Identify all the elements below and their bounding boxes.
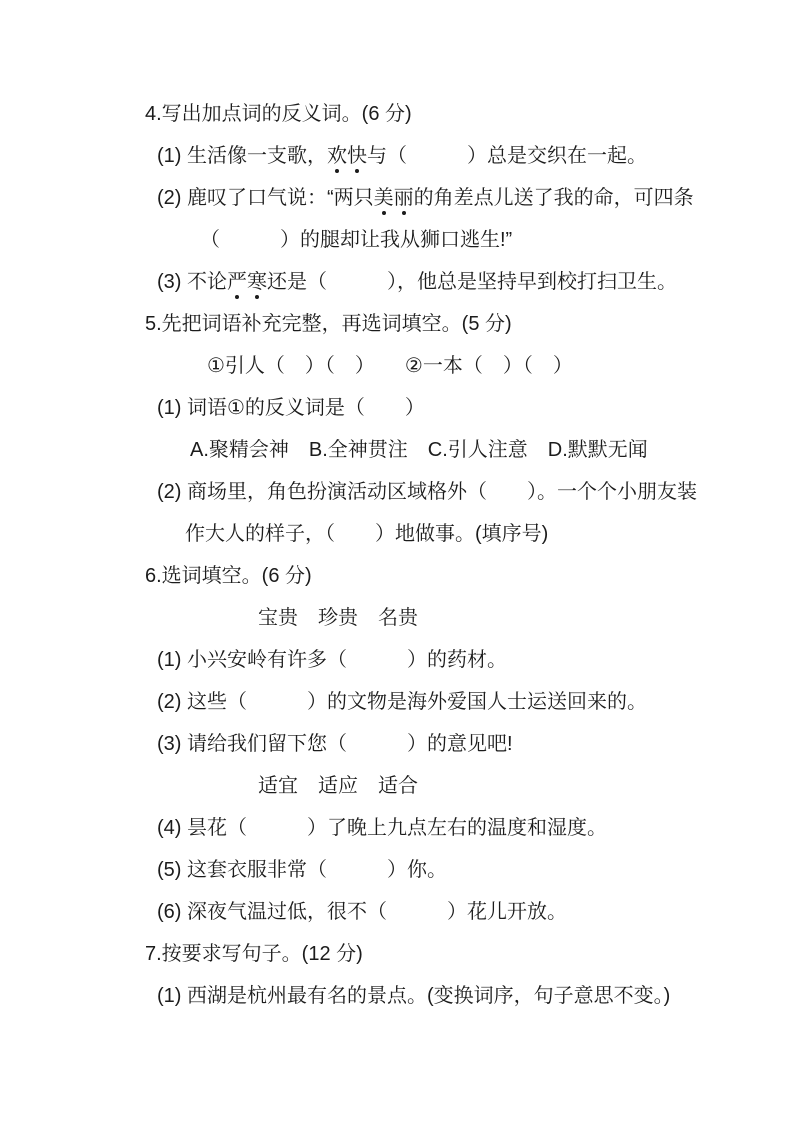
q4-item-2-line-2: （ ）的腿却让我从狮口逃生!” [200, 219, 793, 261]
text-segment: (4) 昙花（ ）了晚上九点左右的温度和湿度。 [157, 817, 607, 839]
question-6-heading: 6.选词填空。(6 分) [145, 555, 793, 597]
text-segment: (1) 小兴安岭有许多（ ）的药材。 [157, 649, 507, 671]
q6-word-bank-1: 宝贵 珍贵 名贵 [258, 597, 793, 639]
text-segment: (1) 西湖是杭州最有名的景点。(变换词序，句子意思不变。) [157, 985, 670, 1007]
text-segment: (2) 这些（ ）的文物是海外爱国人士运送回来的。 [157, 691, 647, 713]
emphasis-dot-char: 美 [374, 188, 394, 208]
emphasized-word: 美丽 [374, 187, 414, 209]
text-segment: (2) 鹿叹了口气说：“两只 [157, 187, 374, 209]
text-segment: 适宜 适应 适合 [258, 775, 418, 797]
q6-item-3: (3) 请给我们留下您（ ）的意见吧! [157, 723, 793, 765]
text-segment: 作大人的样子，（ ）地做事。(填序号) [185, 523, 548, 545]
text-segment: (1) 词语①的反义词是（ ） [157, 397, 425, 419]
text-segment: 宝贵 珍贵 名贵 [258, 607, 418, 629]
exam-sheet-content: 4.写出加点词的反义词。(6 分)(1) 生活像一支歌，欢快与（ ）总是交织在一… [0, 0, 793, 1017]
q5-word-blanks: ①引人（ ）（ ） ②一本（ ）（ ） [207, 345, 793, 387]
q6-item-2: (2) 这些（ ）的文物是海外爱国人士运送回来的。 [157, 681, 793, 723]
text-segment: 7.按要求写句子。(12 分) [145, 943, 363, 965]
text-segment: 4.写出加点词的反义词。(6 分) [145, 103, 412, 125]
text-segment: 还是（ ），他总是坚持早到校打扫卫生。 [267, 271, 677, 293]
text-segment: ①引人（ ）（ ） ②一本（ ）（ ） [207, 355, 573, 377]
text-segment: (5) 这套衣服非常（ ）你。 [157, 859, 447, 881]
q6-item-1: (1) 小兴安岭有许多（ ）的药材。 [157, 639, 793, 681]
q7-item-1: (1) 西湖是杭州最有名的景点。(变换词序，句子意思不变。) [157, 975, 793, 1017]
text-segment: （ ）的腿却让我从狮口逃生!” [200, 229, 512, 251]
exam-page: 4.写出加点词的反义词。(6 分)(1) 生活像一支歌，欢快与（ ）总是交织在一… [0, 0, 793, 1122]
text-segment: 与（ ）总是交织在一起。 [367, 145, 647, 167]
q6-item-6: (6) 深夜气温过低，很不（ ）花儿开放。 [157, 891, 793, 933]
text-segment: (1) 生活像一支歌， [157, 145, 327, 167]
question-4-heading: 4.写出加点词的反义词。(6 分) [145, 93, 793, 135]
text-segment: (3) 不论 [157, 271, 227, 293]
emphasis-dot-char: 欢 [327, 146, 347, 166]
q5-item-1: (1) 词语①的反义词是（ ） [157, 387, 793, 429]
q6-word-bank-2: 适宜 适应 适合 [258, 765, 793, 807]
q5-item-2-line-1: (2) 商场里，角色扮演活动区域格外（ ）。一个个小朋友装 [157, 471, 793, 513]
q6-item-4: (4) 昙花（ ）了晚上九点左右的温度和湿度。 [157, 807, 793, 849]
q4-item-2-line-1: (2) 鹿叹了口气说：“两只美丽的角差点儿送了我的命，可四条 [157, 177, 793, 219]
q5-options: A.聚精会神 B.全神贯注 C.引人注意 D.默默无闻 [190, 429, 793, 471]
text-segment: (3) 请给我们留下您（ ）的意见吧! [157, 733, 513, 755]
text-segment: 的角差点儿送了我的命，可四条 [414, 187, 694, 209]
emphasis-dot-char: 寒 [247, 272, 267, 292]
emphasis-dot-char: 严 [227, 272, 247, 292]
q4-item-3: (3) 不论严寒还是（ ），他总是坚持早到校打扫卫生。 [157, 261, 793, 303]
text-segment: (6) 深夜气温过低，很不（ ）花儿开放。 [157, 901, 567, 923]
emphasized-word: 欢快 [327, 145, 367, 167]
text-segment: (2) 商场里，角色扮演活动区域格外（ ）。一个个小朋友装 [157, 481, 697, 503]
question-5-heading: 5.先把词语补充完整，再选词填空。(5 分) [145, 303, 793, 345]
text-segment: 6.选词填空。(6 分) [145, 565, 312, 587]
text-segment: 5.先把词语补充完整，再选词填空。(5 分) [145, 313, 512, 335]
emphasized-word: 严寒 [227, 271, 267, 293]
text-segment: A.聚精会神 B.全神贯注 C.引人注意 D.默默无闻 [190, 439, 648, 461]
q5-item-2-line-2: 作大人的样子，（ ）地做事。(填序号) [185, 513, 793, 555]
emphasis-dot-char: 丽 [394, 188, 414, 208]
q6-item-5: (5) 这套衣服非常（ ）你。 [157, 849, 793, 891]
question-7-heading: 7.按要求写句子。(12 分) [145, 933, 793, 975]
q4-item-1: (1) 生活像一支歌，欢快与（ ）总是交织在一起。 [157, 135, 793, 177]
emphasis-dot-char: 快 [347, 146, 367, 166]
